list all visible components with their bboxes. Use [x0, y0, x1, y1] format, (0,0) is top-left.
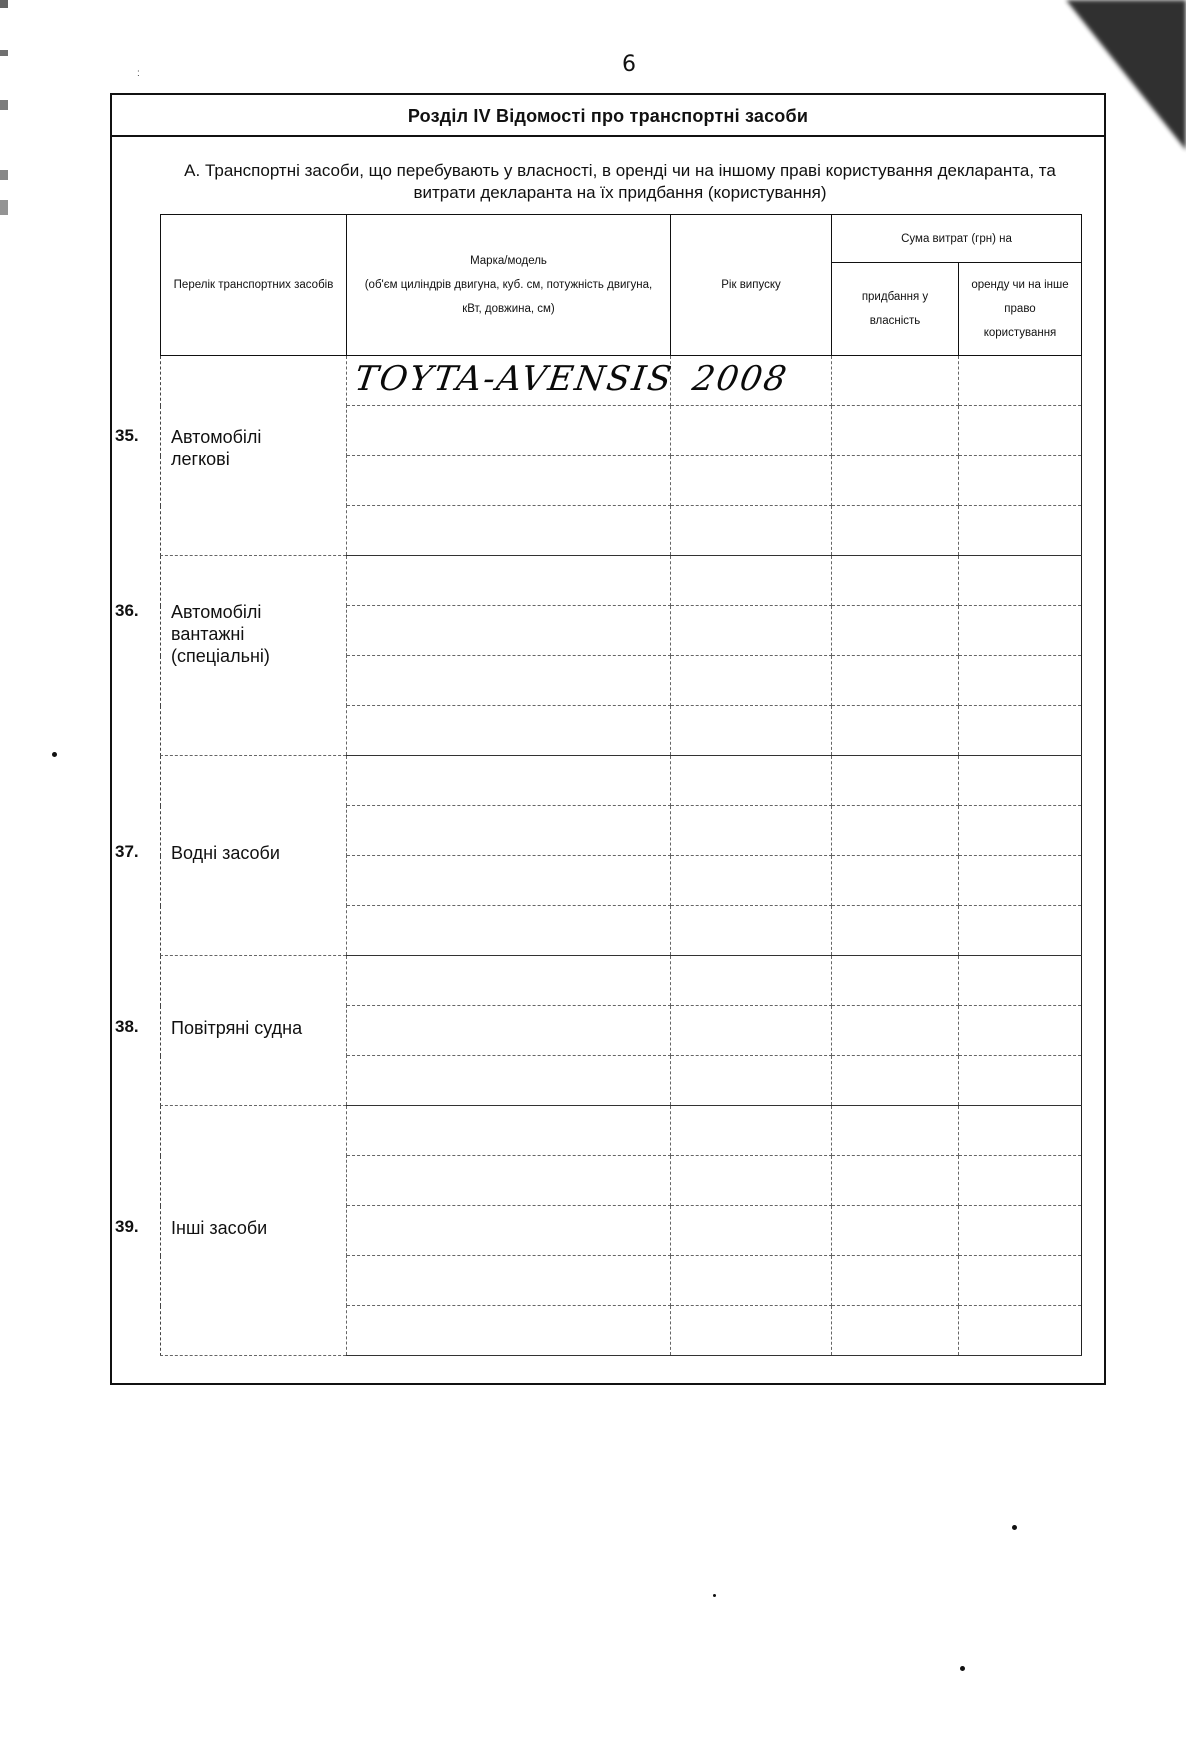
category-cell: 36.Автомобілі вантажні (спеціальні) [161, 556, 347, 756]
cell-year[interactable] [671, 1056, 832, 1106]
category-number: 35. [115, 426, 151, 446]
cell-year[interactable] [671, 756, 832, 806]
handwritten-model: TOYTA-AVENSIS [352, 359, 675, 399]
cell-purchase[interactable] [832, 856, 959, 906]
cell-rent[interactable] [959, 1006, 1082, 1056]
cell-model[interactable] [347, 406, 671, 456]
cell-purchase[interactable] [832, 956, 959, 1006]
table-row: 39.Інші засоби [161, 1106, 1082, 1156]
cell-purchase[interactable] [832, 1306, 959, 1356]
cell-year[interactable] [671, 656, 832, 706]
header-expenses: Сума витрат (грн) на [832, 215, 1082, 263]
cell-rent[interactable] [959, 1156, 1082, 1206]
cell-year[interactable] [671, 956, 832, 1006]
cell-year[interactable] [671, 506, 832, 556]
cell-purchase[interactable] [832, 1006, 959, 1056]
cell-rent[interactable] [959, 656, 1082, 706]
vehicles-table-body: 35.Автомобілі легкові36.Автомобілі ванта… [161, 356, 1082, 1356]
cell-rent[interactable] [959, 556, 1082, 606]
cell-year[interactable] [671, 1156, 832, 1206]
cell-purchase[interactable] [832, 1106, 959, 1156]
cell-purchase[interactable] [832, 906, 959, 956]
header-year: Рік випуску [671, 215, 832, 356]
cell-model[interactable] [347, 1206, 671, 1256]
cell-year[interactable] [671, 806, 832, 856]
cell-model[interactable] [347, 656, 671, 706]
cell-year[interactable] [671, 556, 832, 606]
table-row: 36.Автомобілі вантажні (спеціальні) [161, 556, 1082, 606]
category-label: Інші засоби [171, 1217, 321, 1239]
category-cell: 37.Водні засоби [161, 756, 347, 956]
cell-model[interactable] [347, 1006, 671, 1056]
cell-model[interactable] [347, 906, 671, 956]
category-number: 36. [115, 601, 151, 621]
cell-model[interactable] [347, 1106, 671, 1156]
cell-purchase[interactable] [832, 556, 959, 606]
category-label: Автомобілі легкові [171, 426, 321, 470]
category-number: 38. [115, 1017, 151, 1037]
cell-model[interactable] [347, 1156, 671, 1206]
cell-model[interactable] [347, 706, 671, 756]
cell-purchase[interactable] [832, 656, 959, 706]
cell-rent[interactable] [959, 1106, 1082, 1156]
cell-rent[interactable] [959, 1206, 1082, 1256]
cell-rent[interactable] [959, 606, 1082, 656]
category-cell: 35.Автомобілі легкові [161, 356, 347, 556]
cell-model[interactable] [347, 506, 671, 556]
cell-purchase[interactable] [832, 806, 959, 856]
cell-model[interactable] [347, 1256, 671, 1306]
cell-purchase[interactable] [832, 756, 959, 806]
cell-rent[interactable] [959, 856, 1082, 906]
cell-rent[interactable] [959, 706, 1082, 756]
header-model-note: (об'єм циліндрів двигуна, куб. см, потуж… [347, 273, 670, 321]
cell-rent[interactable] [959, 1256, 1082, 1306]
corner-mark: : [137, 68, 140, 79]
cell-year[interactable] [671, 856, 832, 906]
header-purchase: придбання у власність [832, 263, 959, 356]
cell-rent[interactable] [959, 1306, 1082, 1356]
title-divider [110, 135, 1106, 137]
category-label: Автомобілі вантажні (спеціальні) [171, 601, 321, 667]
cell-year[interactable] [671, 1206, 832, 1256]
table-row: 37.Водні засоби [161, 756, 1082, 806]
subsection-title: А. Транспортні засоби, що перебувають у … [170, 160, 1070, 204]
cell-year[interactable] [671, 1106, 832, 1156]
cell-rent[interactable] [959, 956, 1082, 1006]
cell-purchase[interactable] [832, 1206, 959, 1256]
cell-purchase[interactable] [832, 456, 959, 506]
cell-year[interactable] [671, 706, 832, 756]
table-row: 38.Повітряні судна [161, 956, 1082, 1006]
cell-model[interactable] [347, 1306, 671, 1356]
cell-model[interactable] [347, 806, 671, 856]
cell-year[interactable] [671, 406, 832, 456]
cell-model[interactable] [347, 556, 671, 606]
category-label: Водні засоби [171, 842, 321, 864]
cell-model[interactable] [347, 856, 671, 906]
header-model-title: Марка/модель [347, 249, 670, 273]
cell-year[interactable] [671, 456, 832, 506]
category-cell: 38.Повітряні судна [161, 956, 347, 1106]
category-number: 39. [115, 1217, 151, 1237]
cell-purchase[interactable] [832, 356, 959, 406]
cell-purchase[interactable] [832, 406, 959, 456]
page-number: 6 [622, 52, 636, 77]
scan-dot [960, 1666, 965, 1671]
cell-model[interactable] [347, 956, 671, 1006]
header-model: Марка/модель (об'єм циліндрів двигуна, к… [347, 215, 671, 356]
cell-year[interactable] [671, 1006, 832, 1056]
cell-rent[interactable] [959, 1056, 1082, 1106]
header-vehicle-list: Перелік транспортних засобів [161, 215, 347, 356]
category-label: Повітряні судна [171, 1017, 321, 1039]
cell-rent[interactable] [959, 906, 1082, 956]
scan-edge-artifact [0, 0, 8, 230]
cell-purchase[interactable] [832, 706, 959, 756]
cell-year[interactable] [671, 1306, 832, 1356]
cell-purchase[interactable] [832, 1256, 959, 1306]
cell-rent[interactable] [959, 806, 1082, 856]
cell-rent[interactable] [959, 756, 1082, 806]
cell-purchase[interactable] [832, 1156, 959, 1206]
scan-dot [1012, 1525, 1017, 1530]
cell-rent[interactable] [959, 406, 1082, 456]
cell-purchase[interactable] [832, 1056, 959, 1106]
cell-model[interactable] [347, 456, 671, 506]
cell-model[interactable] [347, 1056, 671, 1106]
cell-rent[interactable] [959, 356, 1082, 406]
cell-year[interactable] [671, 906, 832, 956]
category-number: 37. [115, 842, 151, 862]
cell-purchase[interactable] [832, 606, 959, 656]
cell-year[interactable] [671, 1256, 832, 1306]
scan-dot [52, 752, 57, 757]
cell-model[interactable] [347, 756, 671, 806]
section-title: Розділ IV Відомості про транспортні засо… [110, 106, 1106, 127]
category-cell: 39.Інші засоби [161, 1106, 347, 1356]
scan-dot [713, 1594, 716, 1597]
cell-rent[interactable] [959, 456, 1082, 506]
cell-year[interactable] [671, 606, 832, 656]
handwritten-year: 2008 [689, 359, 791, 399]
cell-model[interactable] [347, 606, 671, 656]
header-rent: оренду чи на інше право користування [959, 263, 1082, 356]
cell-rent[interactable] [959, 506, 1082, 556]
cell-purchase[interactable] [832, 506, 959, 556]
